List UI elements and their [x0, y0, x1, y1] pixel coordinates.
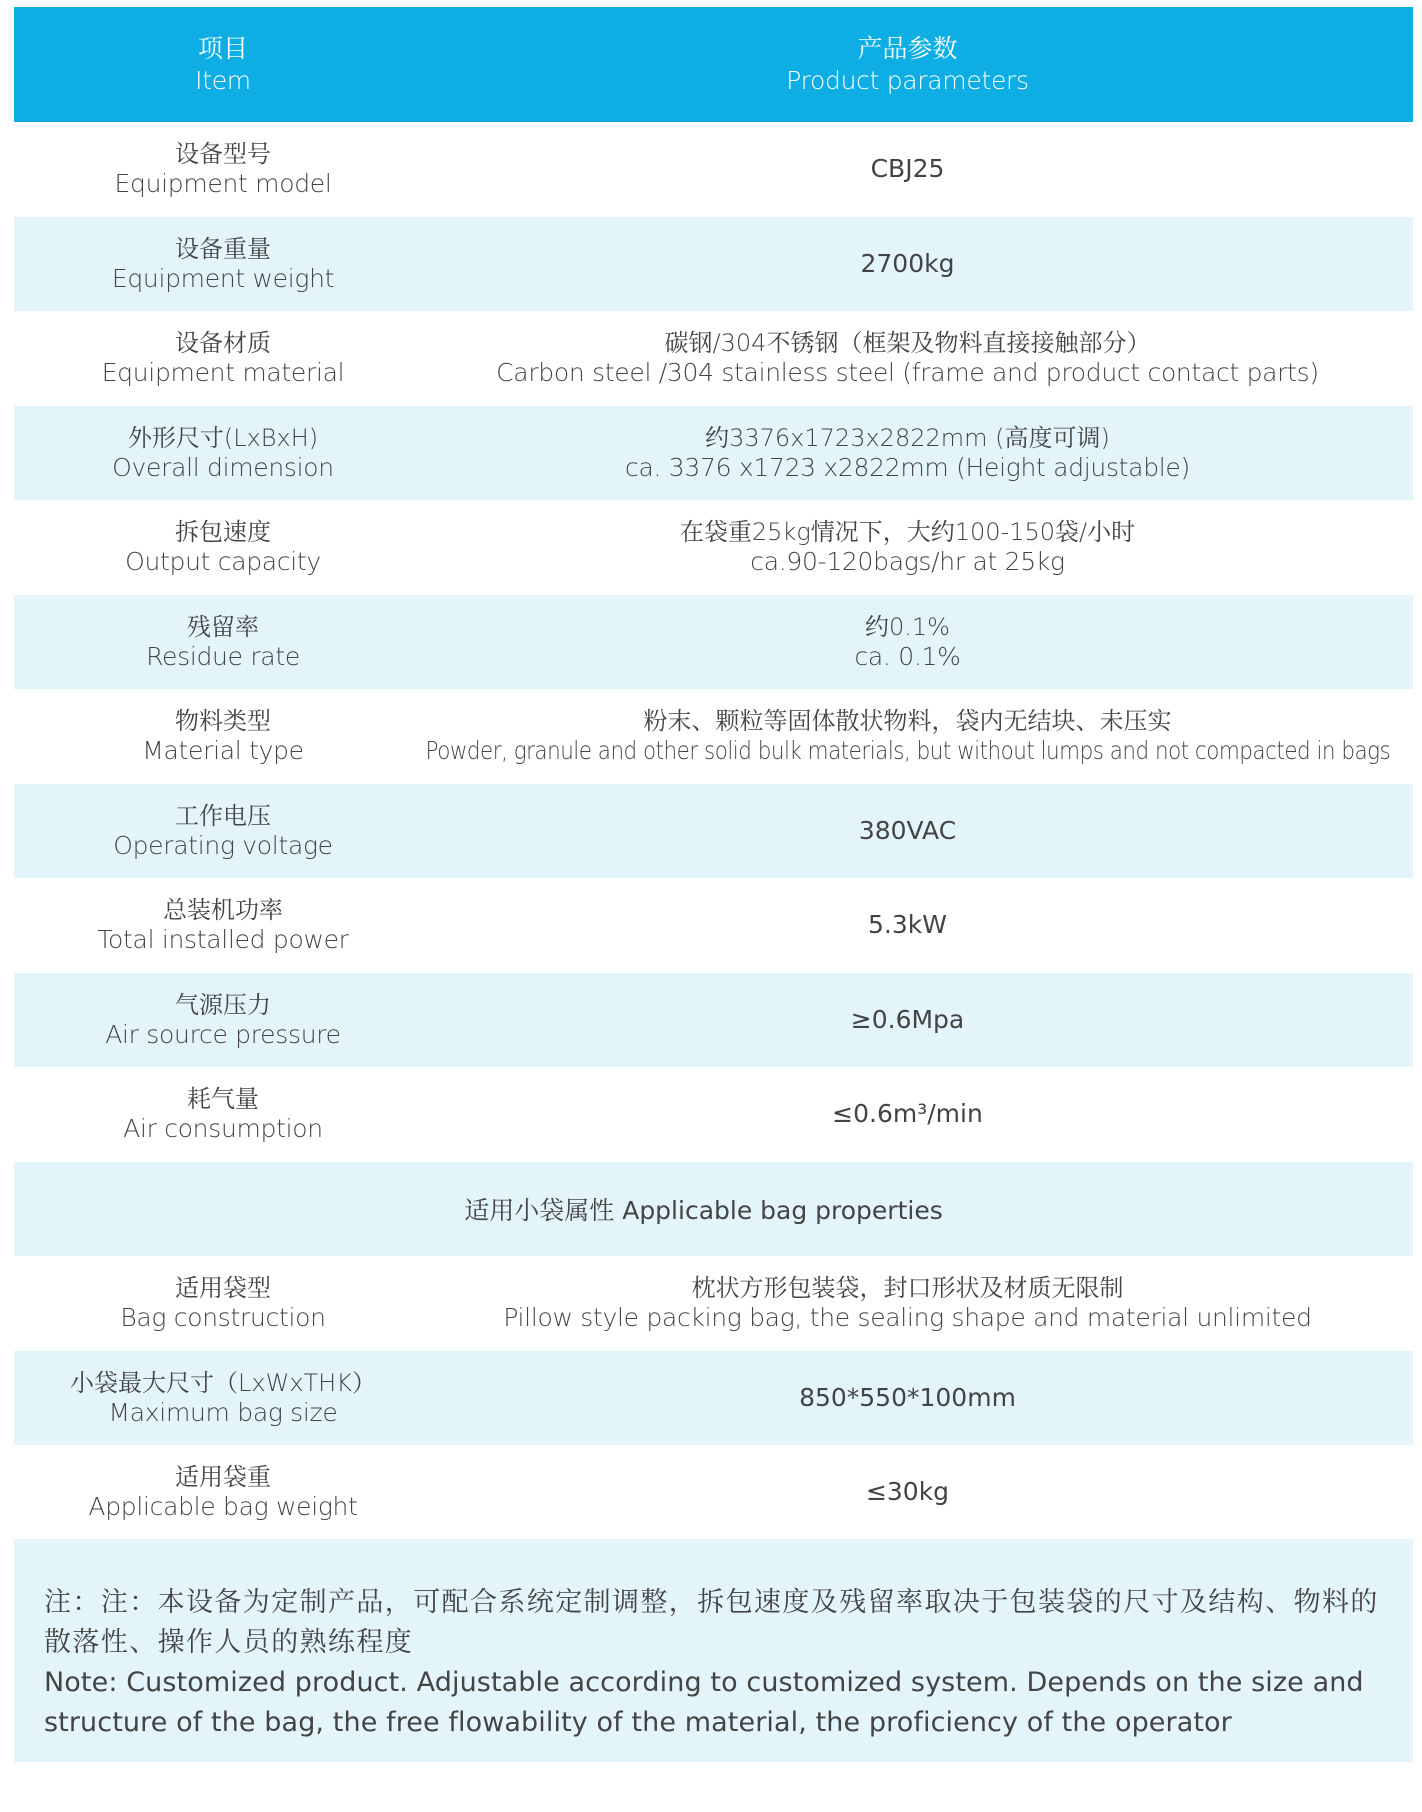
table-row: 设备重量 Equipment weight 2700kg: [14, 217, 1413, 312]
table-row: 设备型号 Equipment model CBJ25: [14, 122, 1413, 217]
value-cell: 粉末、颗粒等固体散状物料，袋内无结块、未压实 Powder, granule a…: [432, 706, 1413, 766]
item-label-en: Bag construction: [120, 1303, 325, 1333]
item-cell: 适用袋重 Applicable bag weight: [14, 1462, 432, 1522]
value-cell: 380VAC: [432, 816, 1413, 846]
item-cell: 总装机功率 Total installed power: [14, 895, 432, 955]
item-label-zh: 物料类型: [175, 706, 271, 736]
value-cell: 850*550*100mm: [432, 1383, 1413, 1413]
item-cell: 残留率 Residue rate: [14, 612, 432, 672]
value-en: Powder, granule and other solid bulk mat…: [425, 736, 1390, 766]
item-label-en: Operating voltage: [113, 831, 333, 861]
item-label-en: Applicable bag weight: [88, 1492, 357, 1522]
note-box: 注：注：本设备为定制产品，可配合系统定制调整，拆包速度及残留率取决于包装袋的尺寸…: [14, 1539, 1413, 1762]
header-params-en: Product parameters: [786, 65, 1028, 97]
item-cell: 设备型号 Equipment model: [14, 139, 432, 199]
value-zh: 枕状方形包装袋，封口形状及材质无限制: [692, 1273, 1124, 1303]
section-header-bag-properties: 适用小袋属性 Applicable bag properties: [14, 1162, 1413, 1257]
value-text: CBJ25: [871, 154, 945, 184]
table-row: 耗气量 Air consumption ≤0.6m³/min: [14, 1067, 1413, 1162]
item-label-zh: 总装机功率: [163, 895, 283, 925]
item-label-en: Equipment weight: [112, 264, 334, 294]
value-cell: 5.3kW: [432, 910, 1413, 940]
item-label-zh: 小袋最大尺寸（LxWxTHK）: [70, 1368, 376, 1398]
item-label-en: Residue rate: [146, 642, 300, 672]
table-row: 拆包速度 Output capacity 在袋重25kg情况下，大约100-15…: [14, 500, 1413, 595]
value-cell: 枕状方形包装袋，封口形状及材质无限制 Pillow style packing …: [432, 1273, 1413, 1333]
item-cell: 拆包速度 Output capacity: [14, 517, 432, 577]
header-item: 项目 Item: [14, 33, 432, 97]
value-en: Pillow style packing bag, the sealing sh…: [503, 1303, 1311, 1333]
value-text: 2700kg: [861, 249, 955, 279]
value-text: ≤30kg: [866, 1477, 949, 1507]
item-label-zh: 拆包速度: [175, 517, 271, 547]
item-label-zh: 残留率: [187, 612, 259, 642]
item-cell: 适用袋型 Bag construction: [14, 1273, 432, 1333]
value-zh: 碳钢/304不锈钢（框架及物料直接接触部分）: [665, 328, 1151, 358]
value-en: Carbon steel /304 stainless steel (frame…: [496, 358, 1319, 388]
item-label-en: Equipment model: [115, 169, 332, 199]
value-text: 850*550*100mm: [799, 1383, 1016, 1413]
item-label-en: Equipment material: [102, 358, 345, 388]
item-cell: 设备重量 Equipment weight: [14, 234, 432, 294]
item-cell: 设备材质 Equipment material: [14, 328, 432, 388]
value-text: 380VAC: [859, 816, 956, 846]
header-params: 产品参数 Product parameters: [432, 33, 1413, 97]
item-label-en: Total installed power: [97, 925, 348, 955]
item-label-en: Air consumption: [123, 1114, 323, 1144]
item-label-en: Maximum bag size: [109, 1398, 338, 1428]
item-cell: 耗气量 Air consumption: [14, 1084, 432, 1144]
value-en: ca. 3376 x1723 x2822mm (Height adjustabl…: [625, 453, 1190, 483]
note-zh: 注：注：本设备为定制产品，可配合系统定制调整，拆包速度及残留率取决于包装袋的尺寸…: [44, 1583, 1383, 1663]
table-row: 适用袋型 Bag construction 枕状方形包装袋，封口形状及材质无限制…: [14, 1256, 1413, 1351]
item-cell: 小袋最大尺寸（LxWxTHK） Maximum bag size: [14, 1368, 432, 1428]
item-label-en: Overall dimension: [112, 453, 334, 483]
item-cell: 工作电压 Operating voltage: [14, 801, 432, 861]
table-row: 总装机功率 Total installed power 5.3kW: [14, 878, 1413, 973]
value-text: ≥0.6Mpa: [851, 1005, 964, 1035]
value-zh: 粉末、颗粒等固体散状物料，袋内无结块、未压实: [644, 706, 1172, 736]
item-label-en: Material type: [142, 736, 303, 766]
value-cell: 在袋重25kg情况下，大约100-150袋/小时 ca.90-120bags/h…: [432, 517, 1413, 577]
value-zh: 在袋重25kg情况下，大约100-150袋/小时: [680, 517, 1135, 547]
item-label-zh: 设备型号: [175, 139, 271, 169]
value-en: ca.90-120bags/hr at 25kg: [750, 547, 1064, 577]
table-row: 物料类型 Material type 粉末、颗粒等固体散状物料，袋内无结块、未压…: [14, 689, 1413, 784]
table-row: 气源压力 Air source pressure ≥0.6Mpa: [14, 973, 1413, 1068]
value-cell: ≥0.6Mpa: [432, 1005, 1413, 1035]
item-label-zh: 耗气量: [187, 1084, 259, 1114]
value-cell: 2700kg: [432, 249, 1413, 279]
item-label-zh: 适用袋重: [175, 1462, 271, 1492]
item-label-zh: 适用袋型: [175, 1273, 271, 1303]
header-params-zh: 产品参数: [857, 33, 957, 65]
value-cell: 碳钢/304不锈钢（框架及物料直接接触部分） Carbon steel /304…: [432, 328, 1413, 388]
value-cell: ≤30kg: [432, 1477, 1413, 1507]
value-en: ca. 0.1%: [854, 642, 960, 672]
value-cell: 约0.1% ca. 0.1%: [432, 612, 1413, 672]
table-row: 小袋最大尺寸（LxWxTHK） Maximum bag size 850*550…: [14, 1351, 1413, 1446]
table-header: 项目 Item 产品参数 Product parameters: [14, 7, 1413, 122]
table-row: 残留率 Residue rate 约0.1% ca. 0.1%: [14, 595, 1413, 690]
item-label-en: Output capacity: [125, 547, 321, 577]
header-item-zh: 项目: [198, 33, 248, 65]
value-cell: CBJ25: [432, 154, 1413, 184]
item-cell: 气源压力 Air source pressure: [14, 990, 432, 1050]
header-item-en: Item: [195, 65, 251, 97]
item-label-zh: 工作电压: [175, 801, 271, 831]
value-text: ≤0.6m³/min: [832, 1099, 983, 1129]
item-label-zh: 设备材质: [175, 328, 271, 358]
item-label-zh: 气源压力: [175, 990, 271, 1020]
value-cell: ≤0.6m³/min: [432, 1099, 1413, 1129]
item-label-zh: 外形尺寸(LxBxH): [128, 423, 318, 453]
item-label-en: Air source pressure: [105, 1020, 341, 1050]
table-row: 外形尺寸(LxBxH) Overall dimension 约3376x1723…: [14, 406, 1413, 501]
spec-table: 项目 Item 产品参数 Product parameters 设备型号 Equ…: [14, 7, 1413, 1540]
value-text: 5.3kW: [868, 910, 947, 940]
value-cell: 约3376x1723x2822mm (高度可调) ca. 3376 x1723 …: [432, 423, 1413, 483]
table-row: 设备材质 Equipment material 碳钢/304不锈钢（框架及物料直…: [14, 311, 1413, 406]
table-row: 适用袋重 Applicable bag weight ≤30kg: [14, 1445, 1413, 1540]
value-zh: 约0.1%: [865, 612, 950, 642]
table-row: 工作电压 Operating voltage 380VAC: [14, 784, 1413, 879]
note-en: Note: Customized product. Adjustable acc…: [44, 1663, 1383, 1743]
section-label: 适用小袋属性 Applicable bag properties: [464, 1191, 942, 1227]
value-zh: 约3376x1723x2822mm (高度可调): [705, 423, 1110, 453]
item-label-zh: 设备重量: [175, 234, 271, 264]
item-cell: 外形尺寸(LxBxH) Overall dimension: [14, 423, 432, 483]
